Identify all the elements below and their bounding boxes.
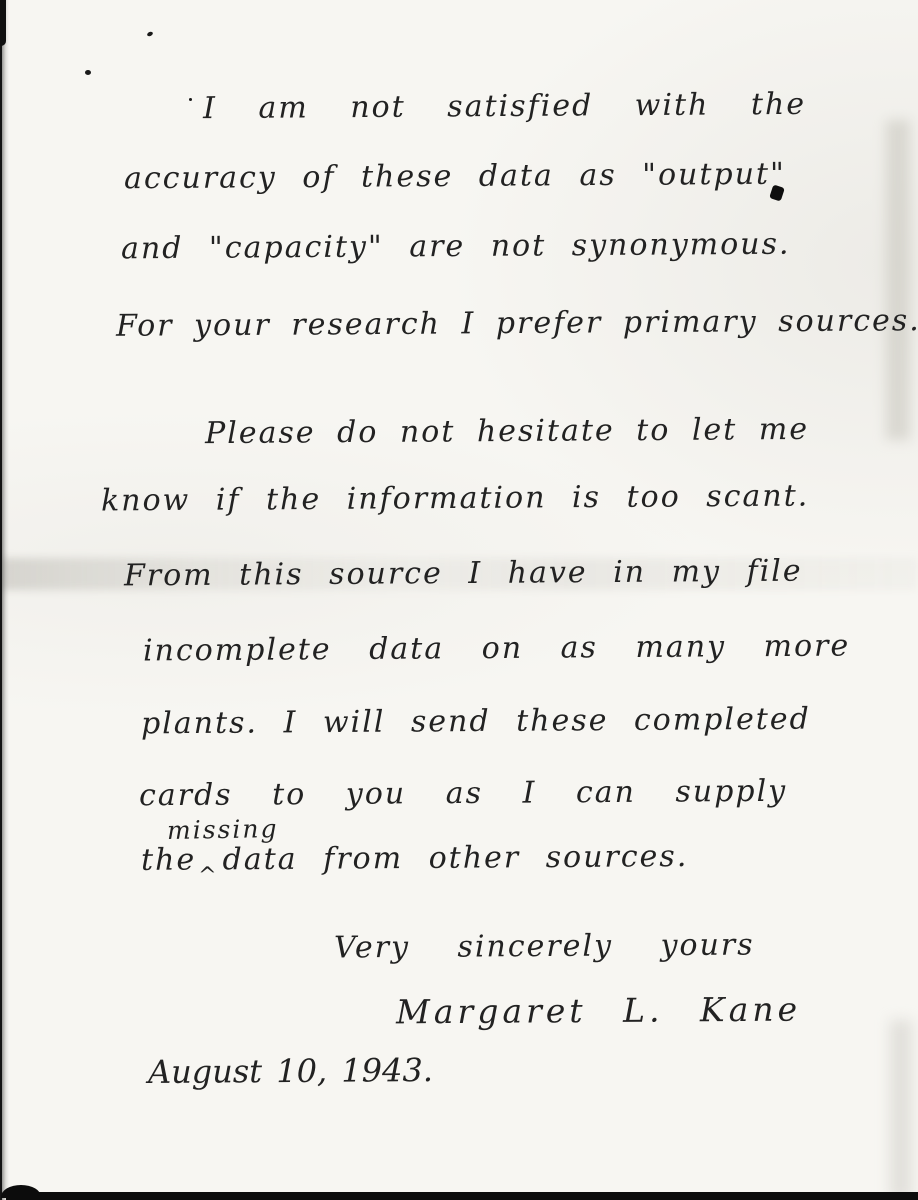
ink-speck — [146, 31, 153, 37]
closing-line: Very sincerely yours — [334, 928, 755, 967]
ink-speck — [189, 98, 192, 101]
ink-speck — [85, 70, 91, 75]
letter-line-11: the^data from other sources. — [141, 839, 689, 879]
scan-edge-left-top — [0, 0, 6, 46]
letter-line-8: incomplete data on as many more — [143, 629, 850, 670]
letter-line-5: Please do not hesitate to let me — [205, 412, 809, 452]
scan-edge-left — [0, 0, 9, 1200]
paper-shading-right-upper — [886, 120, 910, 440]
letter-line-7: From this source I have in my file — [124, 554, 803, 595]
inserted-word-missing: missing — [167, 814, 279, 845]
letter-line-3: and "capacity" are not synonymous. — [121, 227, 791, 268]
signature-name: Margaret L. Kane — [396, 990, 801, 1032]
letter-line-4: For your research I prefer primary sourc… — [116, 303, 918, 345]
scan-bottom-bump — [1, 1185, 41, 1198]
scan-bottom-bar — [6, 1192, 918, 1200]
paper-shading-right-lower — [890, 1020, 912, 1200]
letter-line-1: I am not satisfied with the — [203, 87, 806, 127]
line-11-pre: the — [141, 843, 196, 878]
letter-line-2: accuracy of these data as "output" — [124, 157, 786, 198]
date-line: August 10, 1943. — [148, 1051, 433, 1091]
letter-page: I am not satisfied with the accuracy of … — [0, 0, 918, 1200]
insertion-caret-mark: ^ — [198, 863, 219, 890]
letter-line-10: cards to you as I can supply — [139, 774, 787, 815]
line-11-post: data from other sources. — [222, 839, 688, 877]
letter-line-6: know if the information is too scant. — [101, 479, 809, 520]
letter-line-9: plants. I will send these completed — [141, 702, 811, 743]
